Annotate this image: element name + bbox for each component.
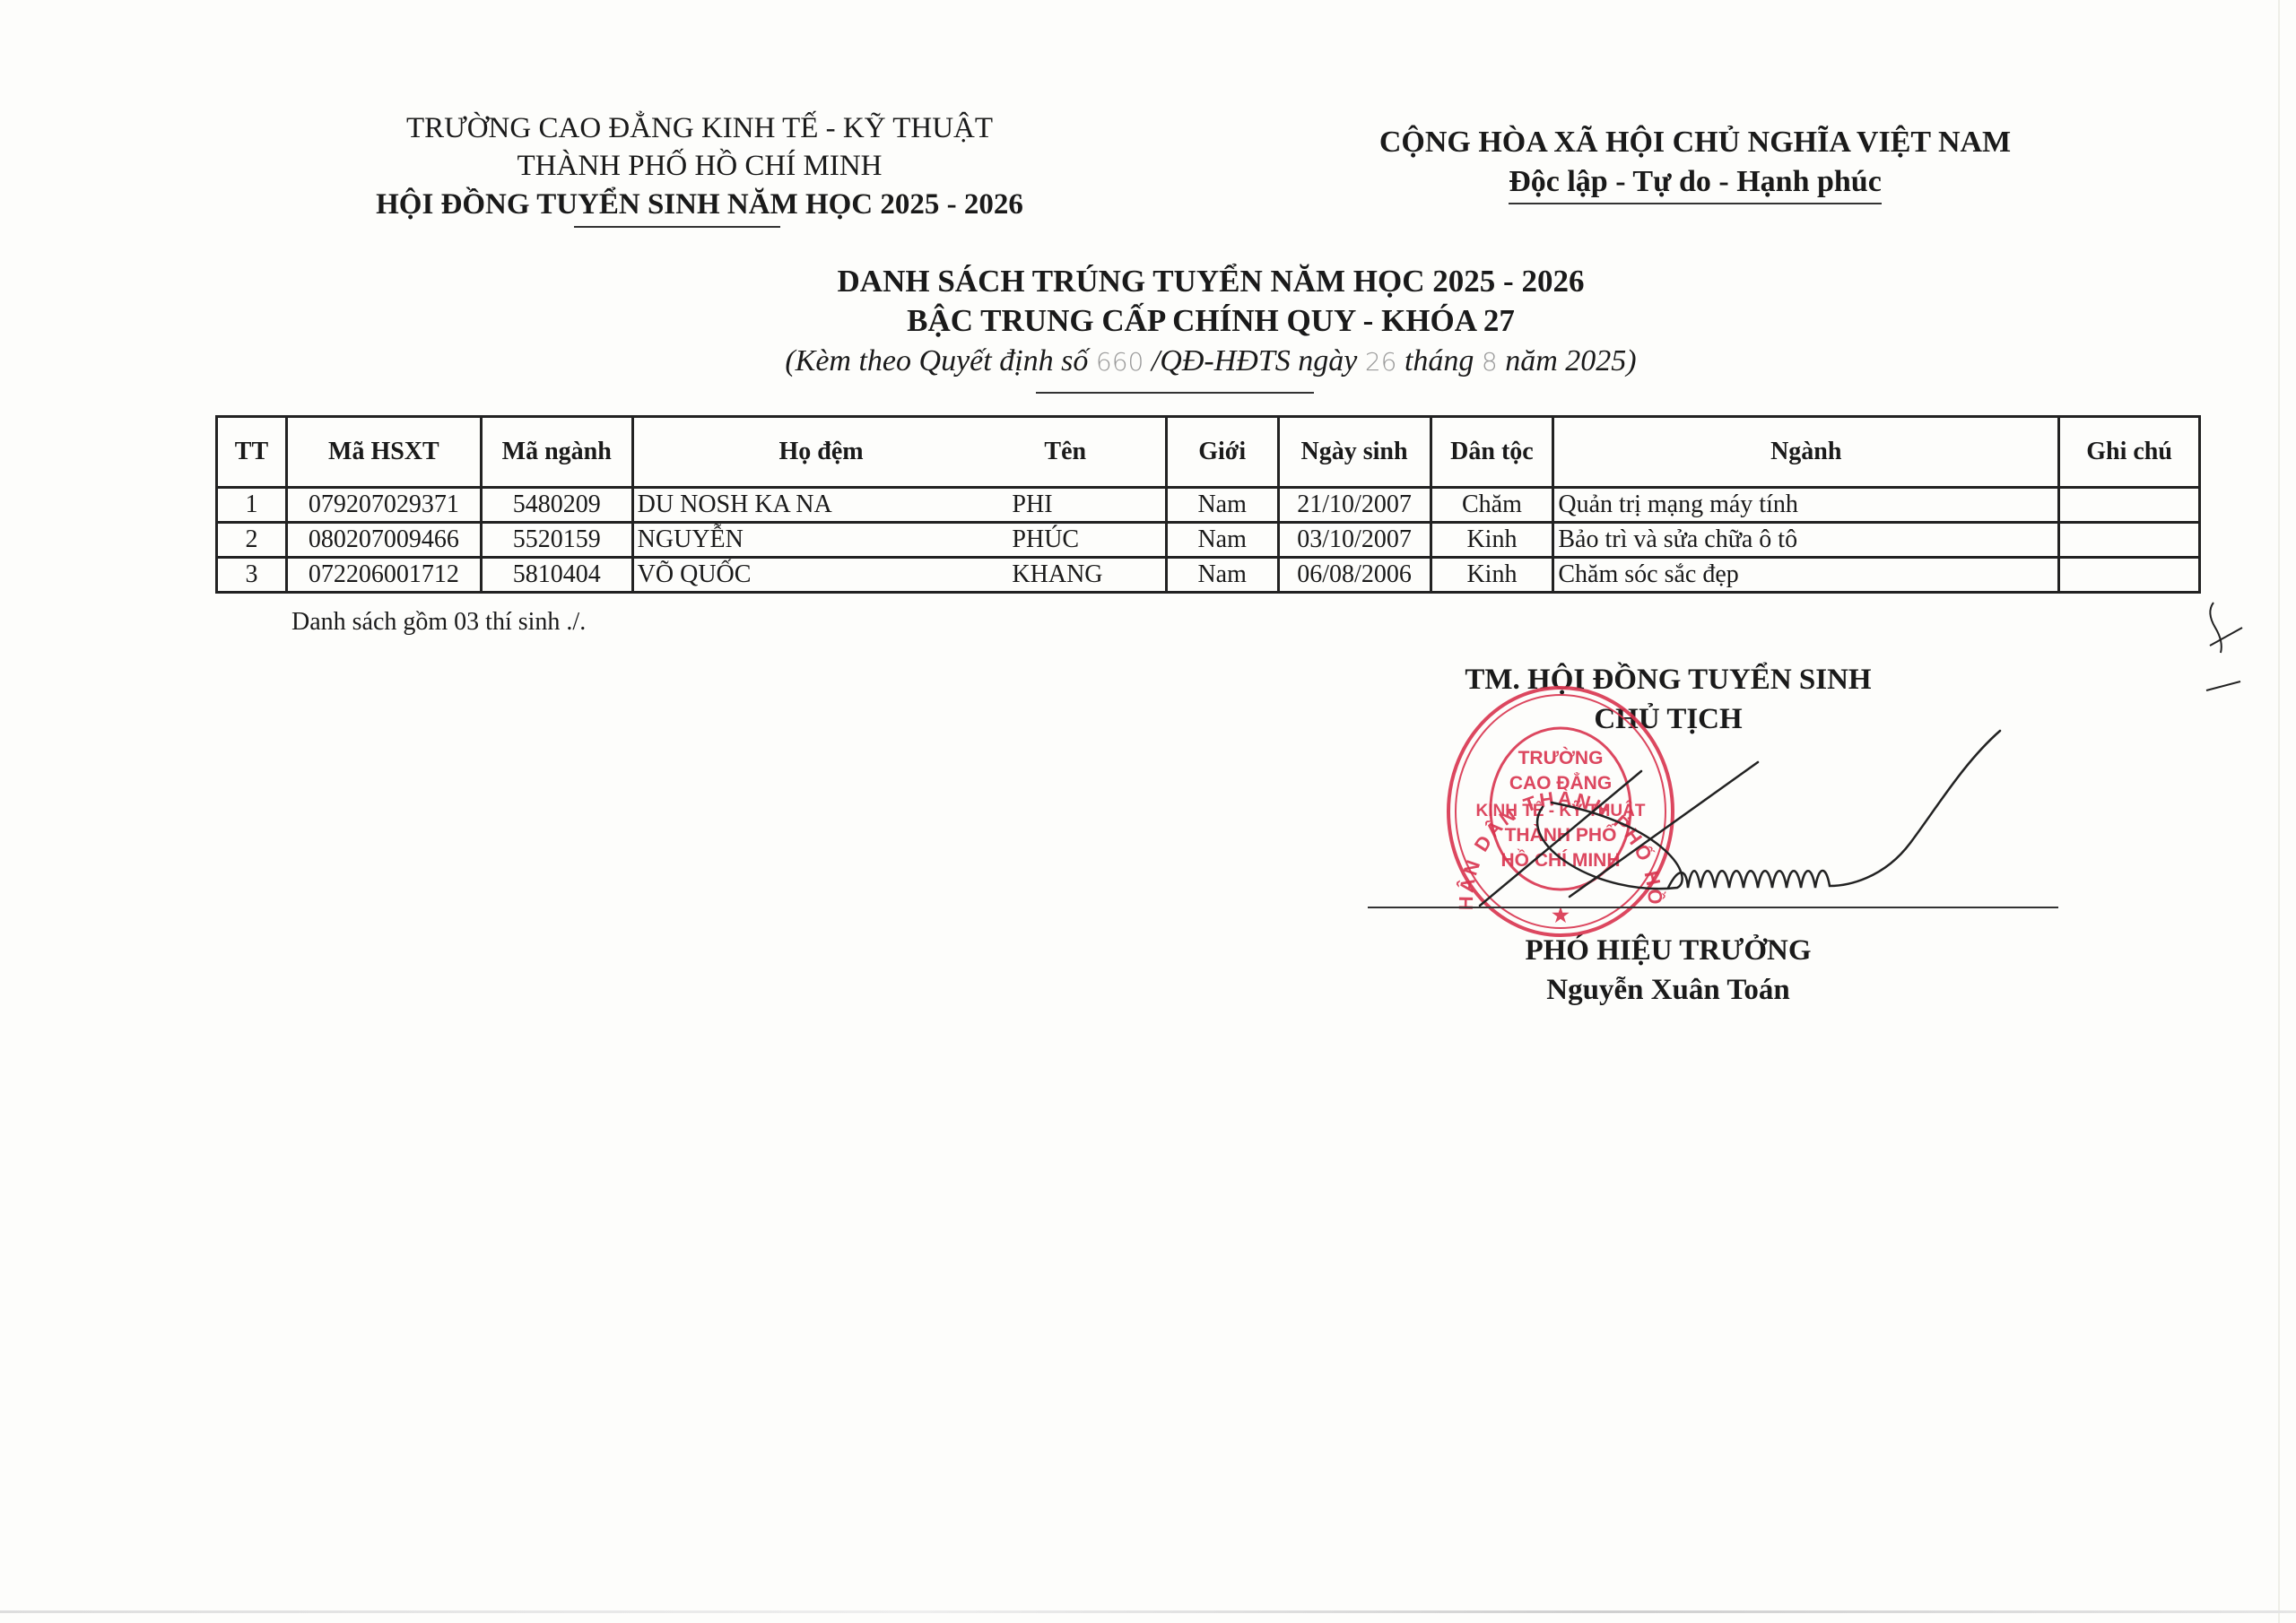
cell-tt: 2 [217,523,287,558]
cell-dan-toc: Kinh [1431,558,1553,593]
scan-edge [0,1610,2296,1613]
decision-day: 26 [1365,347,1397,377]
table-header-row: TT Mã HSXT Mã ngành Họ đệm Tên Giới Ngày… [217,417,2200,488]
decision-prefix: (Kèm theo Quyết định số [785,344,1096,378]
decision-number: 660 [1096,347,1144,377]
header-ngay-sinh: Ngày sinh [1278,417,1431,488]
cell-ten: PHÚC [1008,523,1166,558]
cell-nganh: Quản trị mạng máy tính [1553,488,2059,523]
decision-suffix: năm 2025) [1498,344,1637,378]
issuing-authority-header: TRƯỜNG CAO ĐẲNG KINH TẾ - KỸ THUẬT THÀNH… [341,109,1058,228]
cell-ghi-chu [2059,523,2200,558]
cell-ma-hsxt: 079207029371 [286,488,481,523]
council-name: HỘI ĐỒNG TUYỂN SINH NĂM HỌC 2025 - 2026 [341,185,1058,224]
table-row: 2 080207009466 5520159 NGUYỄN PHÚC Nam 0… [217,523,2200,558]
cell-ngay-sinh: 06/08/2006 [1278,558,1431,593]
header-ghi-chu: Ghi chú [2059,417,2200,488]
cell-dan-toc: Chăm [1431,488,1553,523]
table-row: 1 079207029371 5480209 DU NOSH KA NA PHI… [217,488,2200,523]
cell-ho-dem: DU NOSH KA NA [632,488,1008,523]
title-divider [1036,392,1314,394]
country-name: CỘNG HÒA XÃ HỘI CHỦ NGHĨA VIỆT NAM [1345,122,2045,163]
cell-nganh: Chăm sóc sắc đẹp [1553,558,2059,593]
header-ma-hsxt: Mã HSXT [286,417,481,488]
header-divider [574,226,780,228]
cell-ma-nganh: 5810404 [481,558,632,593]
cell-tt: 1 [217,488,287,523]
header-dan-toc: Dân tộc [1431,417,1553,488]
header-gioi: Giới [1166,417,1278,488]
handwritten-signature-icon [1462,717,2018,924]
cell-ten: KHANG [1008,558,1166,593]
page-edge [2278,0,2280,1623]
cell-dan-toc: Kinh [1431,523,1553,558]
school-city: THÀNH PHỐ HỒ CHÍ MINH [341,147,1058,185]
admission-table: TT Mã HSXT Mã ngành Họ đệm Tên Giới Ngày… [215,415,2201,594]
decision-month-label: tháng [1396,344,1481,378]
decision-month: 8 [1482,347,1498,377]
cell-ma-nganh: 5480209 [481,488,632,523]
decision-mid: /QĐ-HĐTS ngày [1144,344,1364,378]
document-title: DANH SÁCH TRÚNG TUYỂN NĂM HỌC 2025 - 202… [717,262,1704,394]
cell-gioi: Nam [1166,558,1278,593]
cell-ma-hsxt: 080207009466 [286,523,481,558]
school-name: TRƯỜNG CAO ĐẲNG KINH TẾ - KỸ THUẬT [341,109,1058,147]
cell-gioi: Nam [1166,488,1278,523]
header-ho-dem: Họ đệm [632,417,1008,488]
cell-ghi-chu [2059,558,2200,593]
decision-reference: (Kèm theo Quyết định số 660 /QĐ-HĐTS ngà… [717,341,1704,383]
header-ten: Tên [1008,417,1166,488]
national-motto: Độc lập - Tự do - Hạnh phúc [1509,163,1882,204]
cell-ma-nganh: 5520159 [481,523,632,558]
cell-ten: PHI [1008,488,1166,523]
cell-ho-dem: VÕ QUỐC [632,558,1008,593]
cell-ma-hsxt: 072206001712 [286,558,481,593]
cell-gioi: Nam [1166,523,1278,558]
cell-ngay-sinh: 03/10/2007 [1278,523,1431,558]
candidate-count-note: Danh sách gồm 03 thí sinh ./. [291,608,586,637]
header-ma-nganh: Mã ngành [481,417,632,488]
initial-mark-icon [2197,592,2269,699]
national-header: CỘNG HÒA XÃ HỘI CHỦ NGHĨA VIỆT NAM Độc l… [1345,122,2045,204]
title-line-1: DANH SÁCH TRÚNG TUYỂN NĂM HỌC 2025 - 202… [717,262,1704,301]
cell-nganh: Bảo trì và sửa chữa ô tô [1553,523,2059,558]
title-line-2: BẬC TRUNG CẤP CHÍNH QUY - KHÓA 27 [717,301,1704,341]
cell-ghi-chu [2059,488,2200,523]
table-row: 3 072206001712 5810404 VÕ QUỐC KHANG Nam… [217,558,2200,593]
cell-ho-dem: NGUYỄN [632,523,1008,558]
header-tt: TT [217,417,287,488]
signer-name: Nguyễn Xuân Toán [1399,970,1937,1010]
cell-tt: 3 [217,558,287,593]
header-nganh: Ngành [1553,417,2059,488]
cell-ngay-sinh: 21/10/2007 [1278,488,1431,523]
